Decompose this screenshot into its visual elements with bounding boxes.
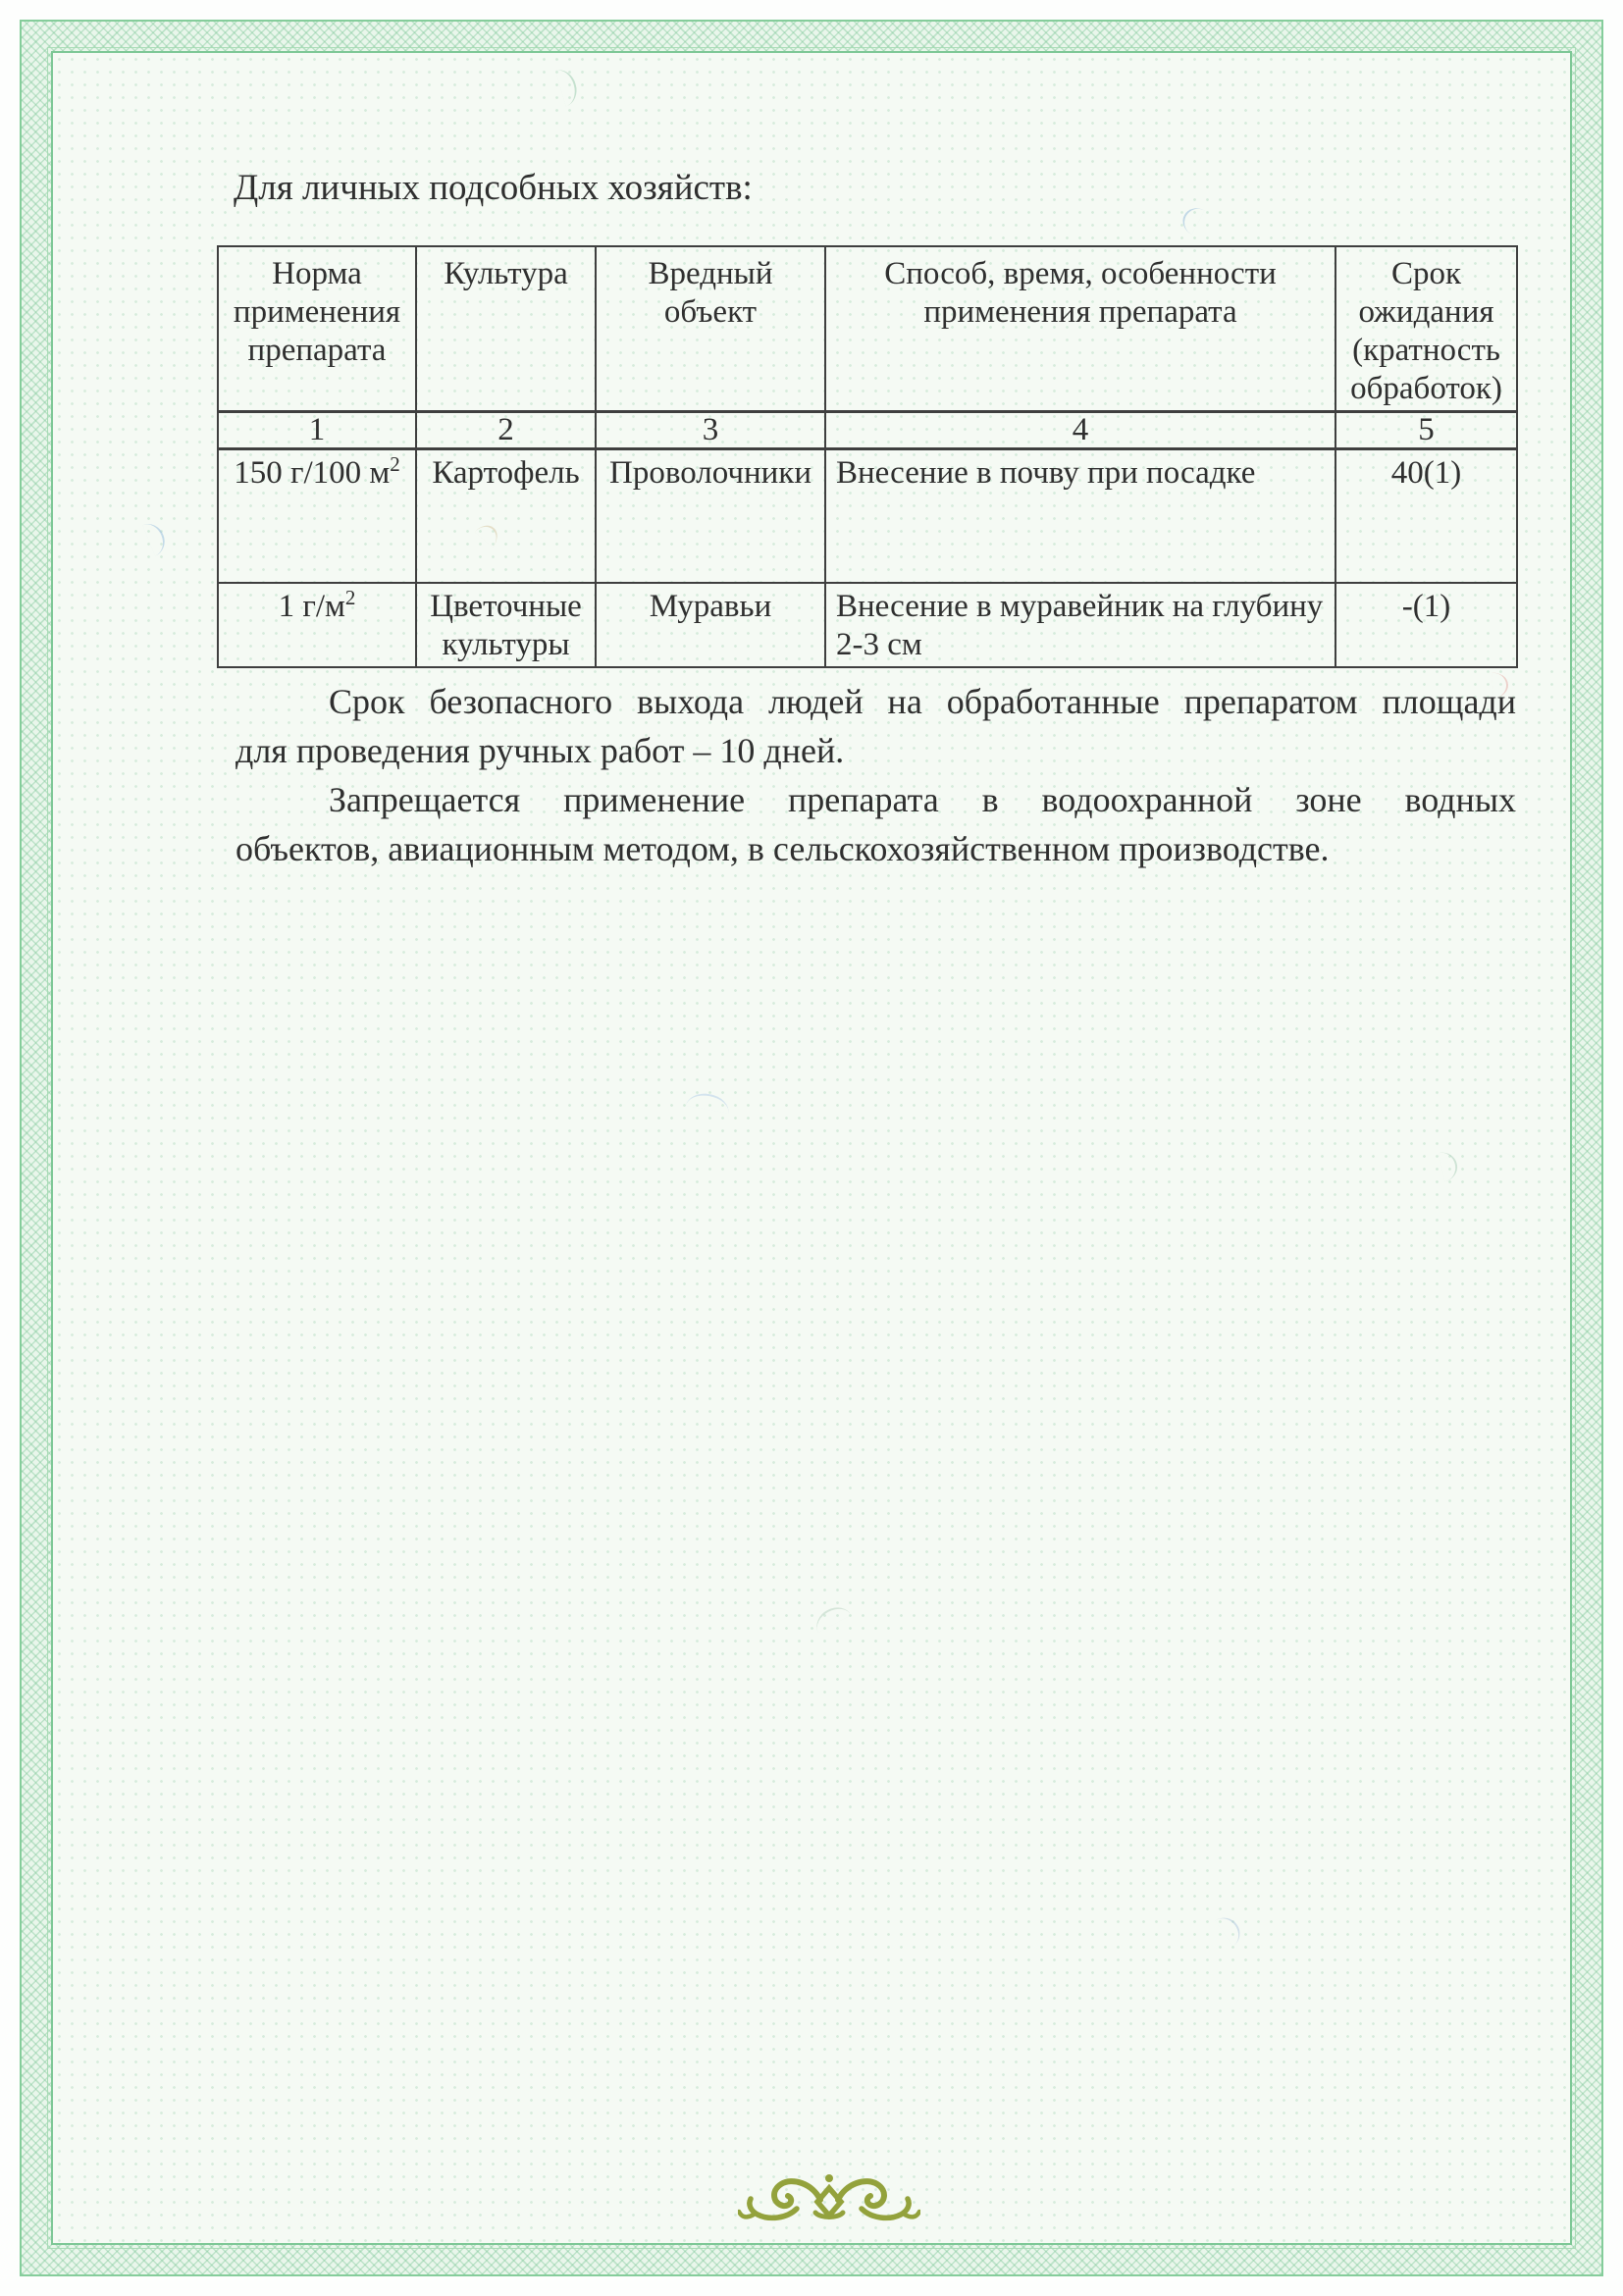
paragraph-line: Запрещается применение препарата в водоо… — [236, 775, 1516, 824]
header-waiting: Срок ожидания (кратность обработок) — [1335, 246, 1517, 412]
cell-norm: 1 г/м2 — [218, 583, 416, 667]
column-numbers-row: 1 2 3 4 5 — [218, 412, 1517, 449]
cell-pest: Проволочники — [596, 449, 825, 583]
cell-culture: Цветочные культуры — [416, 583, 596, 667]
paper-fiber — [686, 1090, 731, 1113]
norm-value: 150 г/100 м — [234, 455, 390, 491]
cell-culture: Картофель — [416, 449, 596, 583]
cell-norm: 150 г/100 м2 — [218, 449, 416, 583]
table-row: 150 г/100 м2 Картофель Проволочники Внес… — [218, 449, 1517, 583]
paper-fiber — [811, 1601, 851, 1633]
method-line2: 2-3 см — [836, 626, 1327, 664]
cell-method: Внесение в почву при посадке — [825, 449, 1335, 583]
page-content: Для личных подсобных хозяйств: Норма при… — [0, 0, 1623, 2296]
paragraph-line: Срок безопасного выхода людей на обработ… — [236, 677, 1516, 726]
header-method-line2: применения препарата — [869, 293, 1291, 332]
column-number-2: 2 — [416, 412, 596, 449]
column-number-4: 4 — [825, 412, 1335, 449]
pesticide-application-table: Норма применения препарата Культура Вред… — [217, 245, 1518, 668]
header-norm: Норма применения препарата — [218, 246, 416, 412]
header-method-line1: Способ, время, особенности — [869, 255, 1291, 293]
table-header-row: Норма применения препарата Культура Вред… — [218, 246, 1517, 412]
norm-superscript: 2 — [345, 586, 356, 609]
paragraph-line: для проведения ручных работ – 10 дней. — [236, 726, 1516, 775]
norm-value: 1 г/м — [279, 589, 345, 624]
cell-waiting: 40(1) — [1335, 449, 1517, 583]
cell-pest: Муравьи — [596, 583, 825, 667]
paper-fiber — [142, 519, 170, 556]
column-number-5: 5 — [1335, 412, 1517, 449]
paper-fiber — [1215, 1911, 1245, 1946]
column-number-3: 3 — [596, 412, 825, 449]
body-text: Срок безопасного выхода людей на обработ… — [236, 677, 1516, 873]
norm-superscript: 2 — [390, 452, 400, 476]
paper-fiber — [1178, 203, 1204, 235]
header-culture: Культура — [416, 246, 596, 412]
column-number-1: 1 — [218, 412, 416, 449]
cell-method: Внесение в муравейник на глубину 2-3 см — [825, 583, 1335, 667]
floral-flourish-icon — [738, 2172, 920, 2223]
scanned-document-page: { "document": { "heading": "Для личных п… — [0, 0, 1623, 2296]
paper-fiber — [555, 67, 581, 107]
header-pest: Вредный объект — [596, 246, 825, 412]
paragraph-line: объектов, авиационным методом, в сельско… — [236, 824, 1516, 873]
method-line1: Внесение в муравейник на глубину — [836, 588, 1327, 626]
header-method: Способ, время, особенности применения пр… — [825, 246, 1335, 412]
paper-fiber — [1439, 1150, 1460, 1182]
cell-waiting: -(1) — [1335, 583, 1517, 667]
section-heading: Для личных подсобных хозяйств: — [234, 167, 753, 210]
table-row: 1 г/м2 Цветочные культуры Муравьи Внесен… — [218, 583, 1517, 667]
